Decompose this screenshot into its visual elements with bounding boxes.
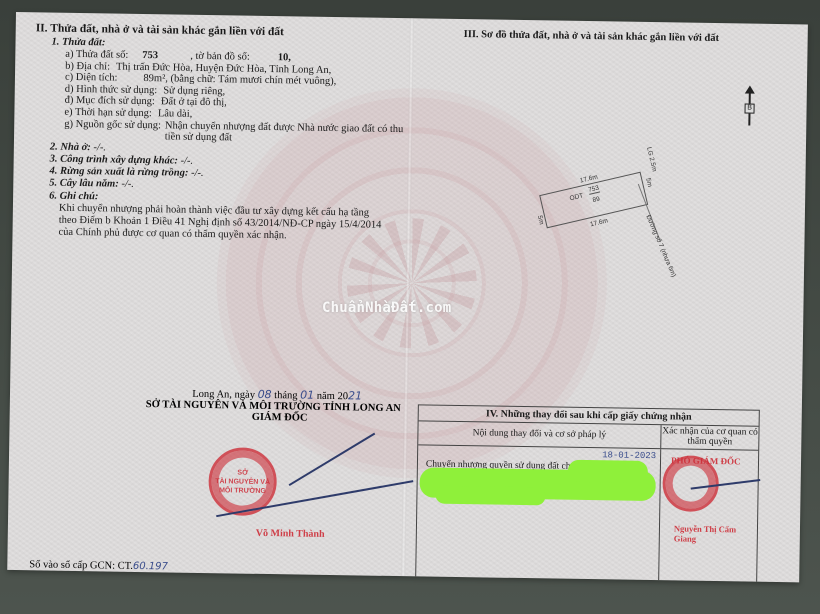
- change-content-cell: 18-01-2023 Chuyển nhượng quyền sử dụng đ…: [416, 445, 661, 581]
- left-width: 5m: [536, 215, 545, 225]
- setback-label: LG 2.5m: [645, 146, 657, 172]
- col-content-header: Nội dung thay đổi và cơ sở pháp lý: [418, 421, 661, 448]
- use-form-value: Sử dụng riêng,: [163, 85, 225, 98]
- change-confirm-cell: PHÓ GIÁM ĐỐC Nguyễn Thị Cẩm Giang: [659, 449, 758, 582]
- parcel-number-label: 753: [588, 185, 600, 195]
- origin-value: Nhận chuyển nhượng đất được Nhà nước gia…: [165, 120, 405, 147]
- registration-number: Số vào sổ cấp GCN: CT.60.197: [29, 559, 168, 572]
- map-sheet-label: , tờ bản đồ số:: [190, 51, 250, 64]
- confirm-role: PHÓ GIÁM ĐỐC: [671, 455, 741, 466]
- address-label: b) Địa chỉ:: [65, 60, 110, 72]
- issuer-signer-name: Võ Minh Thành: [256, 528, 325, 540]
- issuer-signature-block: Long An, ngày 08 tháng 01 năm 2021 SỞ TÀ…: [160, 386, 401, 425]
- changes-row: 18-01-2023 Chuyển nhượng quyền sử dụng đ…: [416, 445, 758, 582]
- road-label: Đường số 7 (nhựa 6m): [644, 214, 677, 278]
- area-label: c) Diện tích:: [65, 72, 118, 84]
- map-sheet-number: 10,: [278, 52, 291, 64]
- notes-text: Khi chuyển nhượng phải hoàn thành việc đ…: [58, 202, 389, 243]
- issue-day: 08: [258, 388, 272, 401]
- land-code: ODT: [569, 192, 584, 202]
- parcel-label: a) Thửa đất số:: [65, 49, 128, 62]
- parcel-number: 753: [142, 50, 190, 62]
- term-value: Lâu dài,: [158, 108, 193, 120]
- section-iii-title: III. Sơ đồ thửa đất, nhà ở và tài sản kh…: [464, 29, 804, 45]
- north-arrow-icon: B: [744, 85, 755, 125]
- other-items: 2. Nhà ở: -/-. 3. Công trình xây dựng kh…: [33, 141, 404, 195]
- top-length: 17.6m: [579, 174, 598, 185]
- site-watermark: ChuẩnNhàĐất.com: [322, 300, 451, 316]
- changes-table: IV. Những thay đổi sau khi cấp giấy chứn…: [415, 404, 760, 582]
- confirm-signer: Nguyễn Thị Cẩm Giang: [674, 523, 757, 544]
- issue-month: 01: [300, 389, 314, 402]
- right-width: 5m: [644, 177, 653, 187]
- left-page: II. Thửa đất, nhà ở và tài sản khác gắn …: [32, 22, 405, 244]
- certificate-page: II. Thửa đất, nhà ở và tài sản khác gắn …: [7, 12, 808, 582]
- right-page: III. Sơ đồ thửa đất, nhà ở và tài sản kh…: [424, 28, 804, 47]
- origin-label: g) Nguồn gốc sử dụng:: [64, 118, 161, 131]
- issue-year: 21: [348, 389, 362, 402]
- redaction-mark: [568, 460, 648, 483]
- col-confirm-header: Xác nhận của cơ quan có thẩm quyền: [661, 425, 758, 450]
- parcel-area-label: 89: [592, 196, 601, 204]
- purpose-value: Đất ở tại đô thị,: [161, 97, 227, 110]
- redaction-mark: [435, 486, 545, 506]
